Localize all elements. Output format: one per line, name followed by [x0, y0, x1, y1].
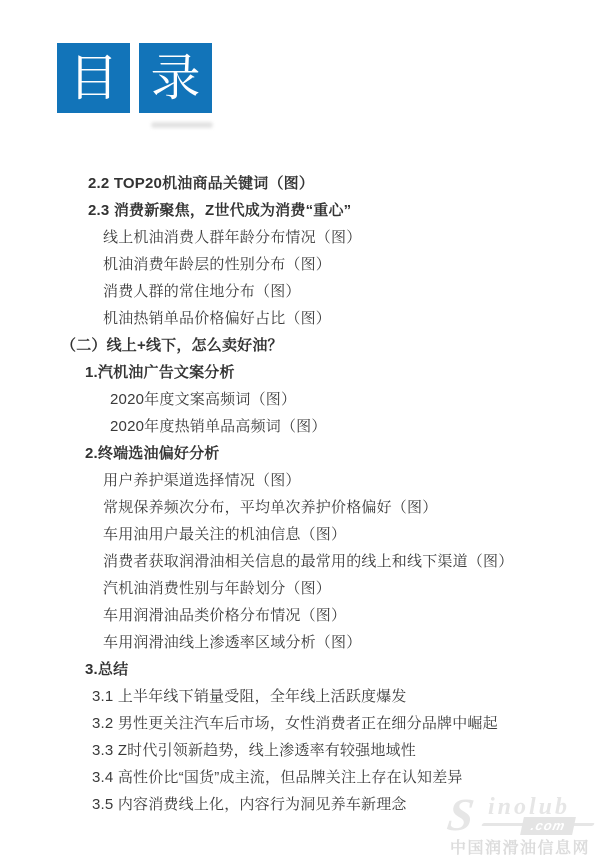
toc-item: 3.2 男性更关注汽车后市场，女性消费者正在细分品牌中崛起: [0, 709, 600, 736]
toc-item: 机油消费年龄层的性别分布（图）: [0, 250, 600, 277]
toc-header-char-2: 录: [151, 53, 201, 103]
toc-item: 线上机油消费人群年龄分布情况（图）: [0, 223, 600, 250]
toc-item: 消费者获取润滑油相关信息的最常用的线上和线下渠道（图）: [0, 547, 600, 574]
toc-item: 3.4 高性价比“国货”成主流，但品牌关注上存在认知差异: [0, 763, 600, 790]
toc-section-heading: （二）线上+线下，怎么卖好油？: [0, 331, 600, 358]
toc-item: 汽机油消费性别与年龄划分（图）: [0, 574, 600, 601]
document-page: 目 录 2.2 TOP20机油商品关键词（图） 2.3 消费新聚焦，Z世代成为消…: [0, 0, 600, 865]
watermark-com-badge: .com: [520, 817, 576, 835]
toc-section-heading: 2.终端选油偏好分析: [0, 439, 600, 466]
toc-item: 车用油用户最关注的机油信息（图）: [0, 520, 600, 547]
toc-item: 2.2 TOP20机油商品关键词（图）: [0, 169, 600, 196]
watermark-s-glyph: S: [444, 788, 477, 841]
sinolub-watermark-logo: S inolub .com 中国润滑油信息网: [448, 794, 600, 860]
toc-item: 3.3 Z时代引领新趋势，线上渗透率有较强地域性: [0, 736, 600, 763]
toc-section-heading: 3.总结: [0, 655, 600, 682]
toc-header-tile-1: 目: [57, 43, 130, 113]
toc-header-char-1: 目: [69, 53, 119, 103]
tile-underline-decoration: [151, 122, 213, 128]
table-of-contents: 2.2 TOP20机油商品关键词（图） 2.3 消费新聚焦，Z世代成为消费“重心…: [0, 169, 600, 817]
watermark-site-name: 中国润滑油信息网: [450, 835, 590, 858]
toc-header-tile-2: 录: [139, 43, 212, 113]
toc-item: 车用润滑油线上渗透率区域分析（图）: [0, 628, 600, 655]
toc-item: 机油热销单品价格偏好占比（图）: [0, 304, 600, 331]
toc-item: 消费人群的常住地分布（图）: [0, 277, 600, 304]
toc-item: 常规保养频次分布，平均单次养护价格偏好（图）: [0, 493, 600, 520]
toc-item: 2.3 消费新聚焦，Z世代成为消费“重心”: [0, 196, 600, 223]
toc-item: 2020年度热销单品高频词（图）: [0, 412, 600, 439]
toc-item: 2020年度文案高频词（图）: [0, 385, 600, 412]
toc-item: 3.1 上半年线下销量受阻，全年线上活跃度爆发: [0, 682, 600, 709]
toc-item: 车用润滑油品类价格分布情况（图）: [0, 601, 600, 628]
toc-item: 用户养护渠道选择情况（图）: [0, 466, 600, 493]
toc-section-heading: 1.汽机油广告文案分析: [0, 358, 600, 385]
